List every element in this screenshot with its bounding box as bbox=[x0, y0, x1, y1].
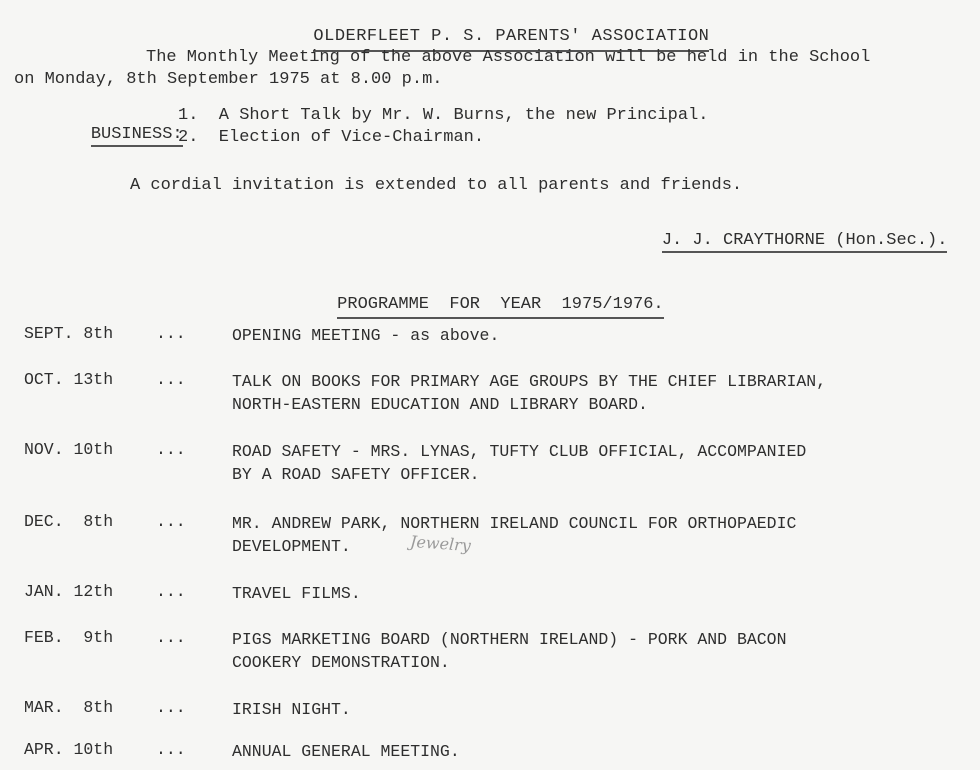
entry-date: MAR. 8th bbox=[24, 698, 134, 717]
entry-date: DEC. 8th bbox=[24, 512, 134, 531]
signature-text: J. J. CRAYTHORNE (Hon.Sec.). bbox=[662, 231, 948, 253]
entry-dots: ... bbox=[156, 740, 186, 759]
entry-dots: ... bbox=[156, 370, 186, 389]
business-item-2: 2. Election of Vice-Chairman. bbox=[178, 128, 484, 147]
entry-dots: ... bbox=[156, 512, 186, 531]
document-page: OLDERFLEET P. S. PARENTS' ASSOCIATION Th… bbox=[0, 0, 980, 770]
entry-dots: ... bbox=[156, 440, 186, 459]
entry-description: TALK ON BOOKS FOR PRIMARY AGE GROUPS BY … bbox=[232, 370, 952, 416]
signature: J. J. CRAYTHORNE (Hon.Sec.). bbox=[621, 212, 947, 269]
invitation-text: A cordial invitation is extended to all … bbox=[130, 176, 742, 195]
notice-line-2: on Monday, 8th September 1975 at 8.00 p.… bbox=[14, 70, 442, 89]
entry-dots: ... bbox=[156, 324, 186, 343]
notice-line-1: The Monthly Meeting of the above Associa… bbox=[146, 48, 870, 67]
entry-dots: ... bbox=[156, 628, 186, 647]
entry-dots: ... bbox=[156, 582, 186, 601]
business-label: BUSINESS: bbox=[50, 106, 183, 163]
entry-date: JAN. 12th bbox=[24, 582, 134, 601]
entry-date: FEB. 9th bbox=[24, 628, 134, 647]
entry-description: TRAVEL FILMS. bbox=[232, 582, 952, 605]
entry-date: OCT. 13th bbox=[24, 370, 134, 389]
entry-description: OPENING MEETING - as above. bbox=[232, 324, 952, 347]
entry-description: PIGS MARKETING BOARD (NORTHERN IRELAND) … bbox=[232, 628, 952, 674]
entry-description: ANNUAL GENERAL MEETING. bbox=[232, 740, 952, 763]
entry-date: NOV. 10th bbox=[24, 440, 134, 459]
business-item-1: 1. A Short Talk by Mr. W. Burns, the new… bbox=[178, 106, 709, 125]
entry-dots: ... bbox=[156, 698, 186, 717]
entry-date: APR. 10th bbox=[24, 740, 134, 759]
business-label-text: BUSINESS: bbox=[91, 125, 183, 147]
entry-description: MR. ANDREW PARK, NORTHERN IRELAND COUNCI… bbox=[232, 512, 952, 558]
entry-date: SEPT. 8th bbox=[24, 324, 134, 343]
entry-description: IRISH NIGHT. bbox=[232, 698, 952, 721]
programme-title-text: PROGRAMME FOR YEAR 1975/1976. bbox=[337, 295, 663, 319]
entry-description: ROAD SAFETY - MRS. LYNAS, TUFTY CLUB OFF… bbox=[232, 440, 952, 486]
